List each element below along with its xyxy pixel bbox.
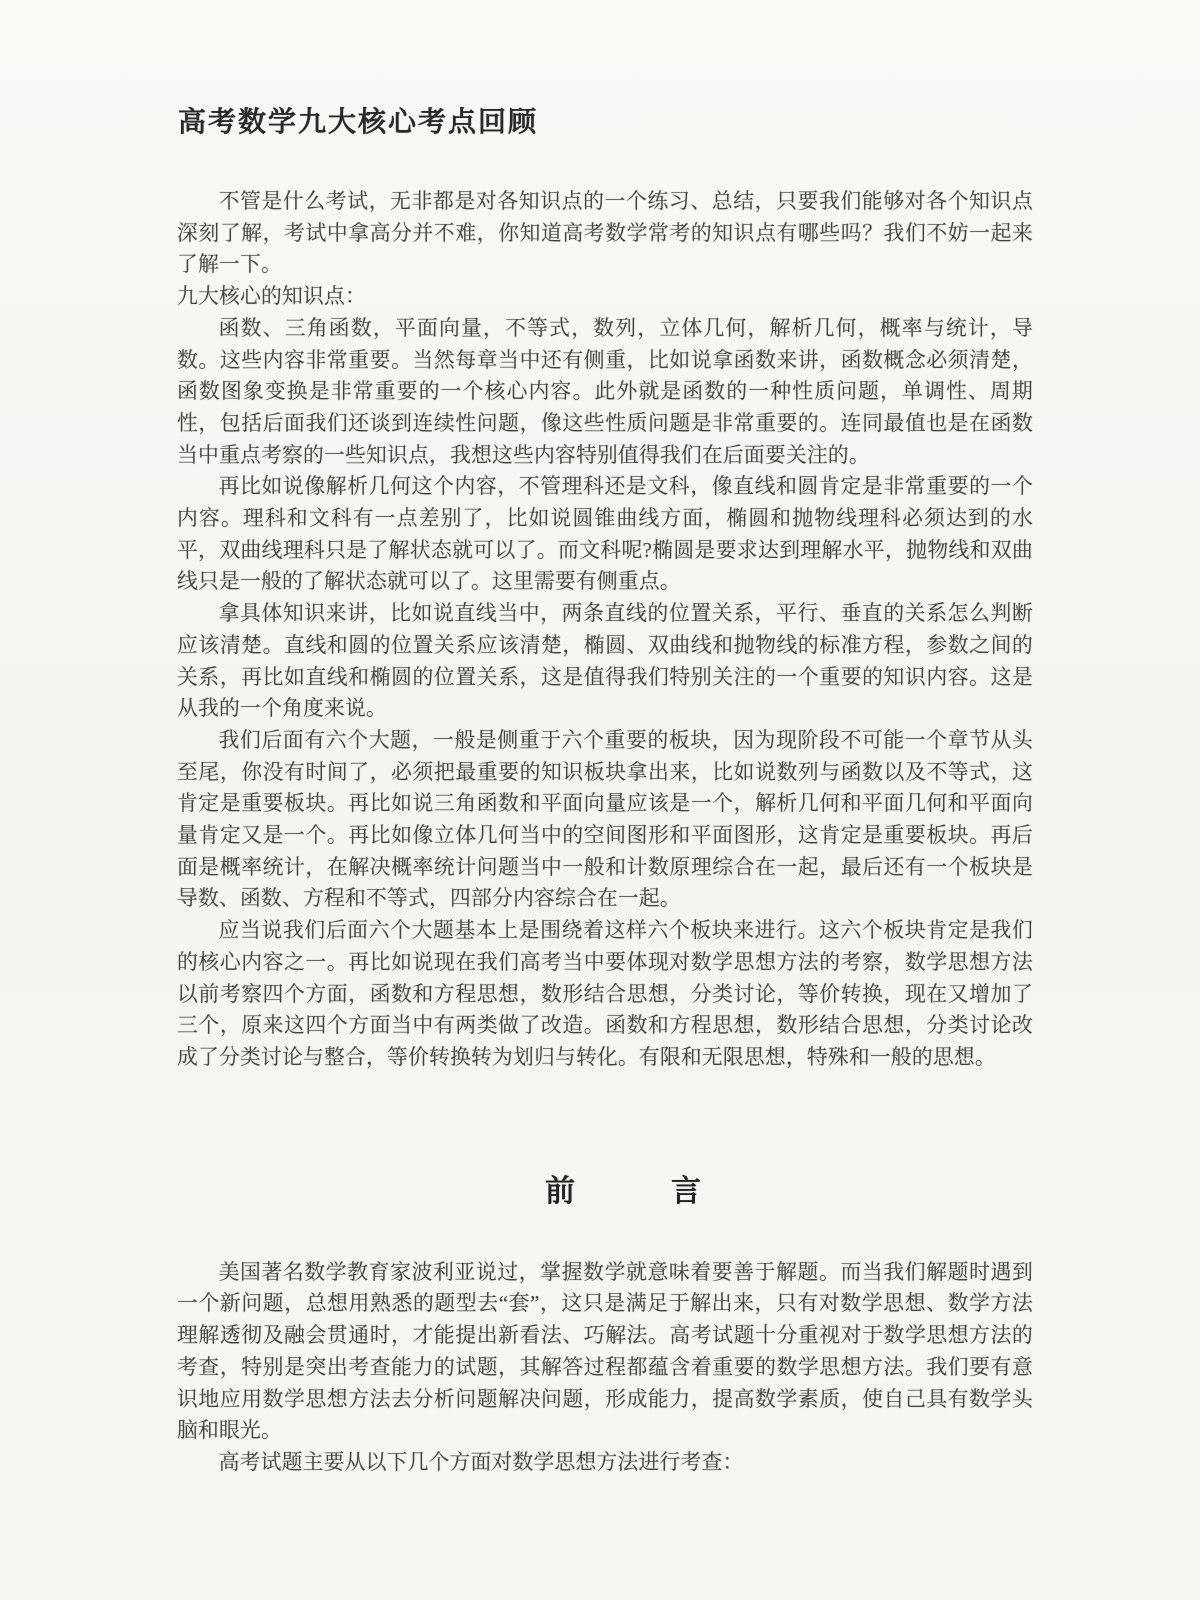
document-title: 高考数学九大核心考点回顾: [178, 106, 1033, 140]
preface-text-block: 美国著名数学教育家波利亚说过，掌握数学就意味着要善于解题。而当我们解题时遇到一个…: [177, 1257, 1033, 1479]
paragraph: 九大核心的知识点：: [177, 281, 1033, 313]
paragraph: 再比如说像解析几何这个内容，不管理科还是文科，像直线和圆肯定是非常重要的一个内容…: [177, 471, 1033, 598]
preface-heading-char: 前: [545, 1175, 575, 1209]
preface-heading-char: 言: [671, 1175, 701, 1209]
preface-heading: 前 言: [195, 1175, 1051, 1209]
document-page: 高考数学九大核心考点回顾 不管是什么考试，无非都是对各知识点的一个练习、总结，只…: [0, 0, 1200, 1600]
paragraph: 我们后面有六个大题，一般是侧重于六个重要的板块，因为现阶段不可能一个章节从头至尾…: [177, 725, 1033, 915]
document-content: 高考数学九大核心考点回顾 不管是什么考试，无非都是对各知识点的一个练习、总结，只…: [177, 0, 1033, 1479]
paragraph: 拿具体知识来讲，比如说直线当中，两条直线的位置关系，平行、垂直的关系怎么判断应该…: [177, 598, 1033, 725]
paragraph: 不管是什么考试，无非都是对各知识点的一个练习、总结，只要我们能够对各个知识点深刻…: [177, 186, 1033, 281]
preface-paragraph: 美国著名数学教育家波利亚说过，掌握数学就意味着要善于解题。而当我们解题时遇到一个…: [177, 1257, 1033, 1447]
paragraph: 函数、三角函数，平面向量，不等式，数列，立体几何，解析几何，概率与统计，导数。这…: [177, 313, 1033, 472]
body-text-block: 不管是什么考试，无非都是对各知识点的一个练习、总结，只要我们能够对各个知识点深刻…: [177, 186, 1033, 1074]
paragraph: 应当说我们后面六个大题基本上是围绕着这样六个板块来进行。这六个板块肯定是我们的核…: [177, 915, 1033, 1074]
preface-paragraph: 高考试题主要从以下几个方面对数学思想方法进行考查：: [177, 1447, 1033, 1479]
